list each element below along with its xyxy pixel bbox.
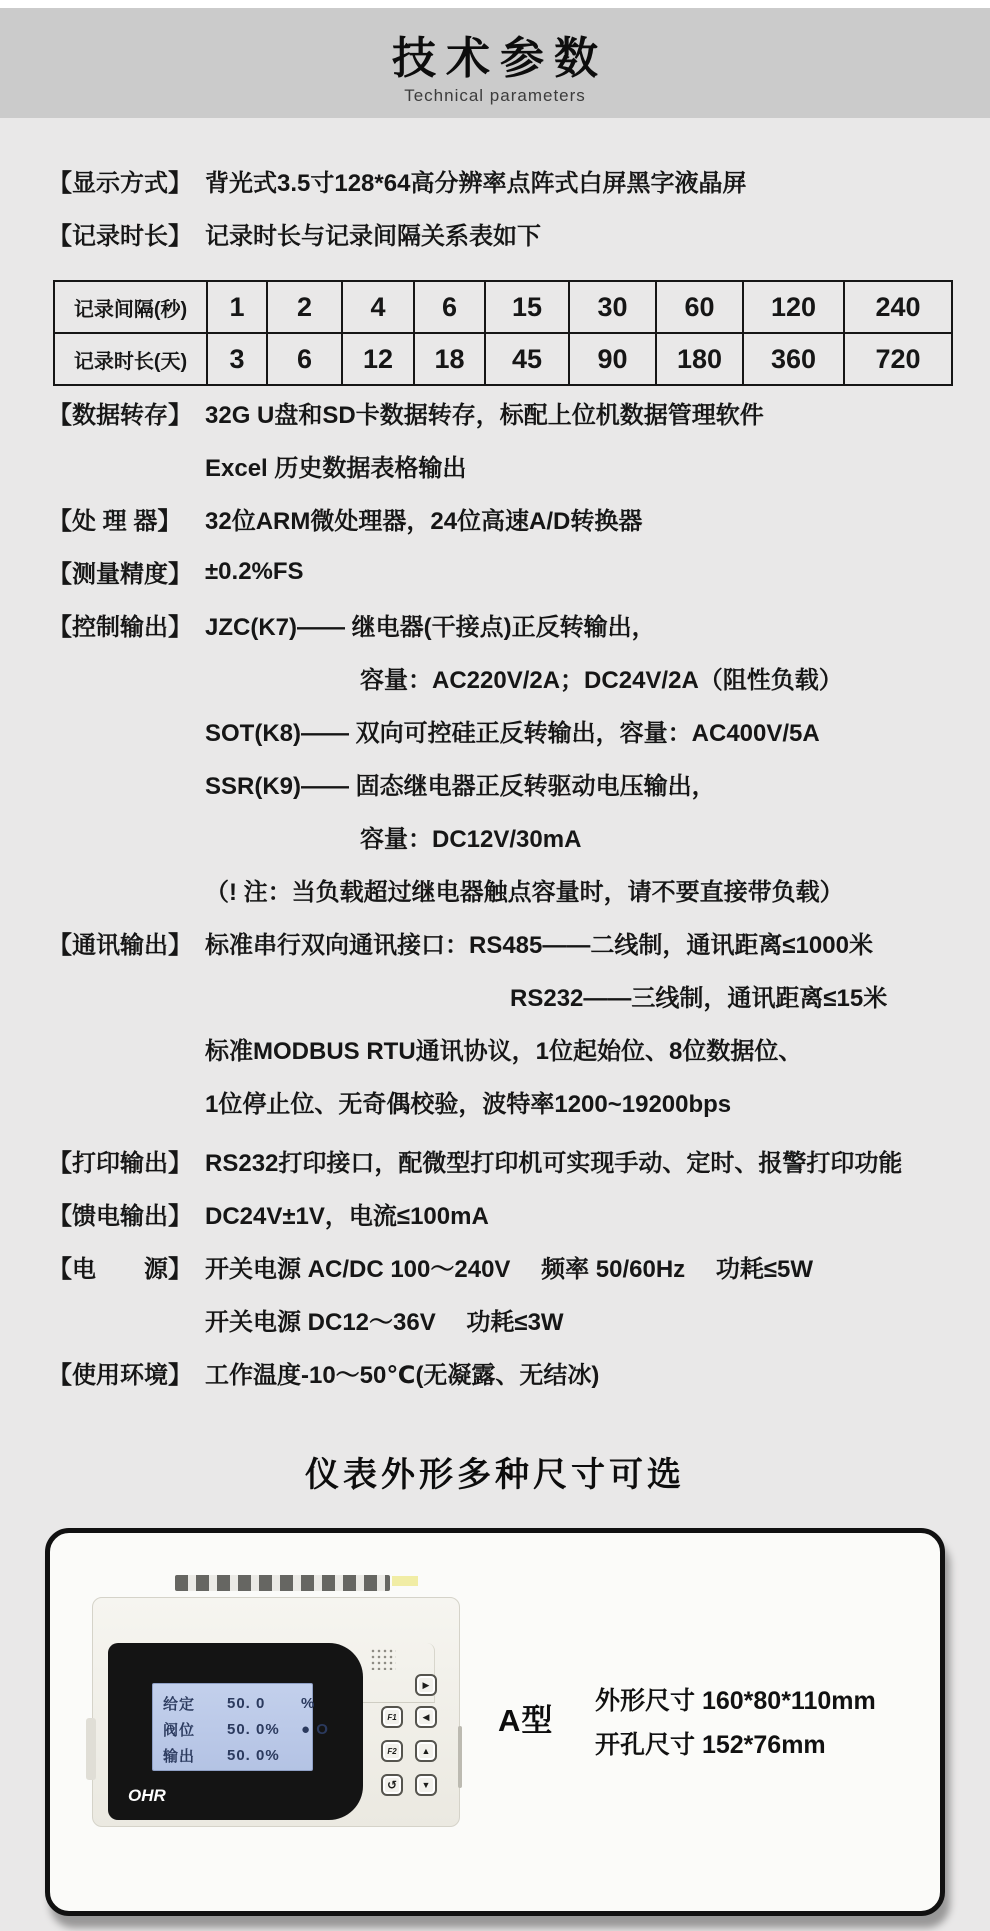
left-arrow-button: ◀ — [415, 1706, 437, 1728]
spec-row-power: 【电 源】 开关电源 AC/DC 100～240V 频率 50/60Hz 功耗≤… — [48, 1240, 970, 1293]
lcd-unit: % — [301, 1695, 315, 1712]
spec-row-comm-output: 【通讯输出】 标准串行双向通讯接口：RS485——二线制，通讯距离≤1000米 — [48, 916, 970, 969]
f1-button: F1 — [381, 1706, 403, 1728]
lcd-label: 阀位 — [163, 1719, 213, 1740]
table-cell: 3 — [207, 333, 267, 385]
spec-label: 【使用环境】 — [48, 1355, 205, 1390]
device-photo: 给定 50. 0 % 阀位 50. 0% ● O 输出 50. 0% — [90, 1569, 462, 1869]
spec-label: 【控制输出】 — [48, 607, 205, 642]
spec-row-ssr-capacity: 容量：DC12V/30mA — [48, 810, 970, 863]
table-cell: 180 — [656, 333, 743, 385]
lcd-value: 50. 0 — [227, 1695, 301, 1712]
table-cell: 18 — [414, 333, 485, 385]
table-cell: 1 — [207, 281, 267, 333]
table-cell: 12 — [342, 333, 414, 385]
lcd-unit: ● O — [301, 1721, 329, 1738]
table-cell: 60 — [656, 281, 743, 333]
table-row-interval: 记录间隔(秒) 1 2 4 6 15 30 60 120 240 — [54, 281, 952, 333]
lcd-row-output: 输出 50. 0% — [163, 1742, 304, 1768]
spec-label: 【测量精度】 — [48, 554, 205, 589]
section-title: 仪表外形多种尺寸可选 — [0, 1447, 990, 1496]
lcd-label: 给定 — [163, 1693, 213, 1714]
spec-value: 容量：AC220V/2A；DC24V/2A（阻性负载） — [360, 660, 843, 695]
spec-value: 标准MODBUS RTU通讯协议，1位起始位、8位数据位、 — [205, 1031, 802, 1066]
spec-value: 标准串行双向通讯接口：RS485——二线制，通讯距离≤1000米 — [205, 925, 873, 960]
table-cell: 30 — [569, 281, 656, 333]
spec-label: 【通讯输出】 — [48, 925, 205, 960]
spec-row-control-output: 【控制输出】 JZC(K7)—— 继电器(干接点)正反转输出， — [48, 598, 970, 651]
spec-row-record-duration: 【记录时长】 记录时长与记录间隔关系表如下 — [48, 207, 970, 260]
table-row-duration: 记录时长(天) 3 6 12 18 45 90 180 360 720 — [54, 333, 952, 385]
device-body: 给定 50. 0 % 阀位 50. 0% ● O 输出 50. 0% — [92, 1597, 460, 1827]
spec-row-rs232: RS232——三线制，通讯距离≤15米 — [48, 969, 970, 1022]
spec-row-jzc-capacity: 容量：AC220V/2A；DC24V/2A（阻性负载） — [48, 651, 970, 704]
cutout-dimension: 开孔尺寸 152*76mm — [595, 1723, 876, 1767]
spec-row-excel: Excel 历史数据表格输出 — [48, 439, 970, 492]
spec-label: 【处 理 器】 — [48, 501, 205, 536]
spec-row-data-transfer: 【数据转存】 32G U盘和SD卡数据转存，标配上位机数据管理软件 — [48, 386, 970, 439]
spec-value: 容量：DC12V/30mA — [360, 819, 581, 854]
spec-value: SSR(K9)—— 固态继电器正反转驱动电压输出， — [205, 766, 716, 801]
lcd-label: 输出 — [163, 1745, 213, 1766]
model-name: A型 — [498, 1695, 553, 1740]
device-side-tab — [86, 1718, 96, 1780]
table-row-header: 记录时长(天) — [54, 333, 207, 385]
spec-row-feed-output: 【馈电输出】 DC24V±1V，电流≤100mA — [48, 1187, 970, 1240]
page-title: 技术参数 — [0, 8, 990, 86]
table-cell: 720 — [844, 333, 952, 385]
up-arrow-button: ▲ — [415, 1740, 437, 1762]
spec-list: 【显示方式】 背光式3.5寸128*64高分辨率点阵式白屏黑字液晶屏 【记录时长… — [0, 118, 990, 1399]
spec-label: 【馈电输出】 — [48, 1196, 205, 1231]
spec-value: 背光式3.5寸128*64高分辨率点阵式白屏黑字液晶屏 — [205, 163, 746, 198]
spec-value: 开关电源 AC/DC 100～240V 频率 50/60Hz 功耗≤5W — [205, 1249, 813, 1284]
brand-logo: OHR — [128, 1786, 166, 1806]
speaker-grille — [370, 1648, 396, 1670]
spec-row-modbus: 标准MODBUS RTU通讯协议，1位起始位、8位数据位、 — [48, 1022, 970, 1075]
spec-value: RS232打印接口，配微型打印机可实现手动、定时、报警打印功能 — [205, 1143, 902, 1178]
table-cell: 240 — [844, 281, 952, 333]
spec-label: 【数据转存】 — [48, 395, 205, 430]
table-cell: 120 — [743, 281, 844, 333]
device-vents — [175, 1575, 390, 1591]
spec-sheet-page: 技术参数 Technical parameters 【显示方式】 背光式3.5寸… — [0, 0, 990, 1931]
spec-value: JZC(K7)—— 继电器(干接点)正反转输出， — [205, 607, 656, 642]
right-arrow-button: ▶ — [415, 1674, 437, 1696]
spec-row-display: 【显示方式】 背光式3.5寸128*64高分辨率点阵式白屏黑字液晶屏 — [48, 154, 970, 207]
table-cell: 4 — [342, 281, 414, 333]
lcd-value: 50. 0% — [227, 1747, 301, 1764]
device-vent-marker — [392, 1576, 418, 1586]
page-subtitle: Technical parameters — [0, 86, 990, 106]
spec-row-ssr: SSR(K9)—— 固态继电器正反转驱动电压输出， — [48, 757, 970, 810]
spec-row-processor: 【处 理 器】 32位ARM微处理器，24位高速A/D转换器 — [48, 492, 970, 545]
spec-label: 【记录时长】 — [48, 216, 205, 251]
down-arrow-button: ▼ — [415, 1774, 437, 1796]
device-front-panel: 给定 50. 0 % 阀位 50. 0% ● O 输出 50. 0% — [108, 1643, 363, 1820]
spec-row-sot: SOT(K8)—— 双向可控硅正反转输出，容量：AC400V/5A — [48, 704, 970, 757]
spec-label: 【打印输出】 — [48, 1143, 205, 1178]
table-row-header: 记录间隔(秒) — [54, 281, 207, 333]
model-card: 给定 50. 0 % 阀位 50. 0% ● O 输出 50. 0% — [45, 1528, 945, 1916]
spec-value: 记录时长与记录间隔关系表如下 — [205, 216, 541, 251]
spec-row-environment: 【使用环境】 工作温度-10～50℃(无凝露、无结冰) — [48, 1346, 970, 1399]
spec-row-print-output: 【打印输出】 RS232打印接口，配微型打印机可实现手动、定时、报警打印功能 — [48, 1134, 970, 1187]
spec-label: 【电 源】 — [48, 1249, 205, 1284]
spec-row-stopbit: 1位停止位、无奇偶校验，波特率1200~19200bps — [48, 1075, 970, 1128]
spec-label: 【显示方式】 — [48, 163, 205, 198]
table-cell: 90 — [569, 333, 656, 385]
table-cell: 15 — [485, 281, 569, 333]
lcd-row-setpoint: 给定 50. 0 % — [163, 1690, 304, 1716]
record-table: 记录间隔(秒) 1 2 4 6 15 30 60 120 240 记录时长(天)… — [53, 280, 953, 386]
spec-value: DC24V±1V，电流≤100mA — [205, 1196, 489, 1231]
top-strip — [0, 0, 990, 8]
spec-row-accuracy: 【测量精度】 ±0.2%FS — [48, 545, 970, 598]
lcd-value: 50. 0% — [227, 1721, 301, 1738]
lcd-row-valve: 阀位 50. 0% ● O — [163, 1716, 304, 1742]
spec-value: 1位停止位、无奇偶校验，波特率1200~19200bps — [205, 1084, 731, 1119]
model-dimensions: 外形尺寸 160*80*110mm 开孔尺寸 152*76mm — [595, 1679, 876, 1767]
table-cell: 45 — [485, 333, 569, 385]
return-button: ↺ — [381, 1774, 403, 1796]
spec-value: 32位ARM微处理器，24位高速A/D转换器 — [205, 501, 642, 536]
spec-value: ±0.2%FS — [205, 558, 304, 586]
device-lcd-screen: 给定 50. 0 % 阀位 50. 0% ● O 输出 50. 0% — [152, 1683, 313, 1771]
spec-value: RS232——三线制，通讯距离≤15米 — [510, 978, 887, 1013]
table-cell: 6 — [267, 333, 342, 385]
spec-value: 32G U盘和SD卡数据转存，标配上位机数据管理软件 — [205, 395, 764, 430]
table-cell: 360 — [743, 333, 844, 385]
spec-value: SOT(K8)—— 双向可控硅正反转输出，容量：AC400V/5A — [205, 713, 820, 748]
table-cell: 6 — [414, 281, 485, 333]
page-header: 技术参数 Technical parameters — [0, 8, 990, 118]
spec-value: 开关电源 DC12～36V 功耗≤3W — [205, 1302, 564, 1337]
table-cell: 2 — [267, 281, 342, 333]
spec-value: Excel 历史数据表格输出 — [205, 448, 466, 483]
spec-value: 工作温度-10～50℃(无凝露、无结冰) — [205, 1355, 599, 1390]
device-side-slot — [458, 1726, 462, 1788]
spec-value: （! 注：当负载超过继电器触点容量时，请不要直接带负载） — [205, 872, 844, 907]
spec-row-load-note: （! 注：当负载超过继电器触点容量时，请不要直接带负载） — [48, 863, 970, 916]
outer-dimension: 外形尺寸 160*80*110mm — [595, 1679, 876, 1723]
spec-row-power-dc: 开关电源 DC12～36V 功耗≤3W — [48, 1293, 970, 1346]
f2-button: F2 — [381, 1740, 403, 1762]
